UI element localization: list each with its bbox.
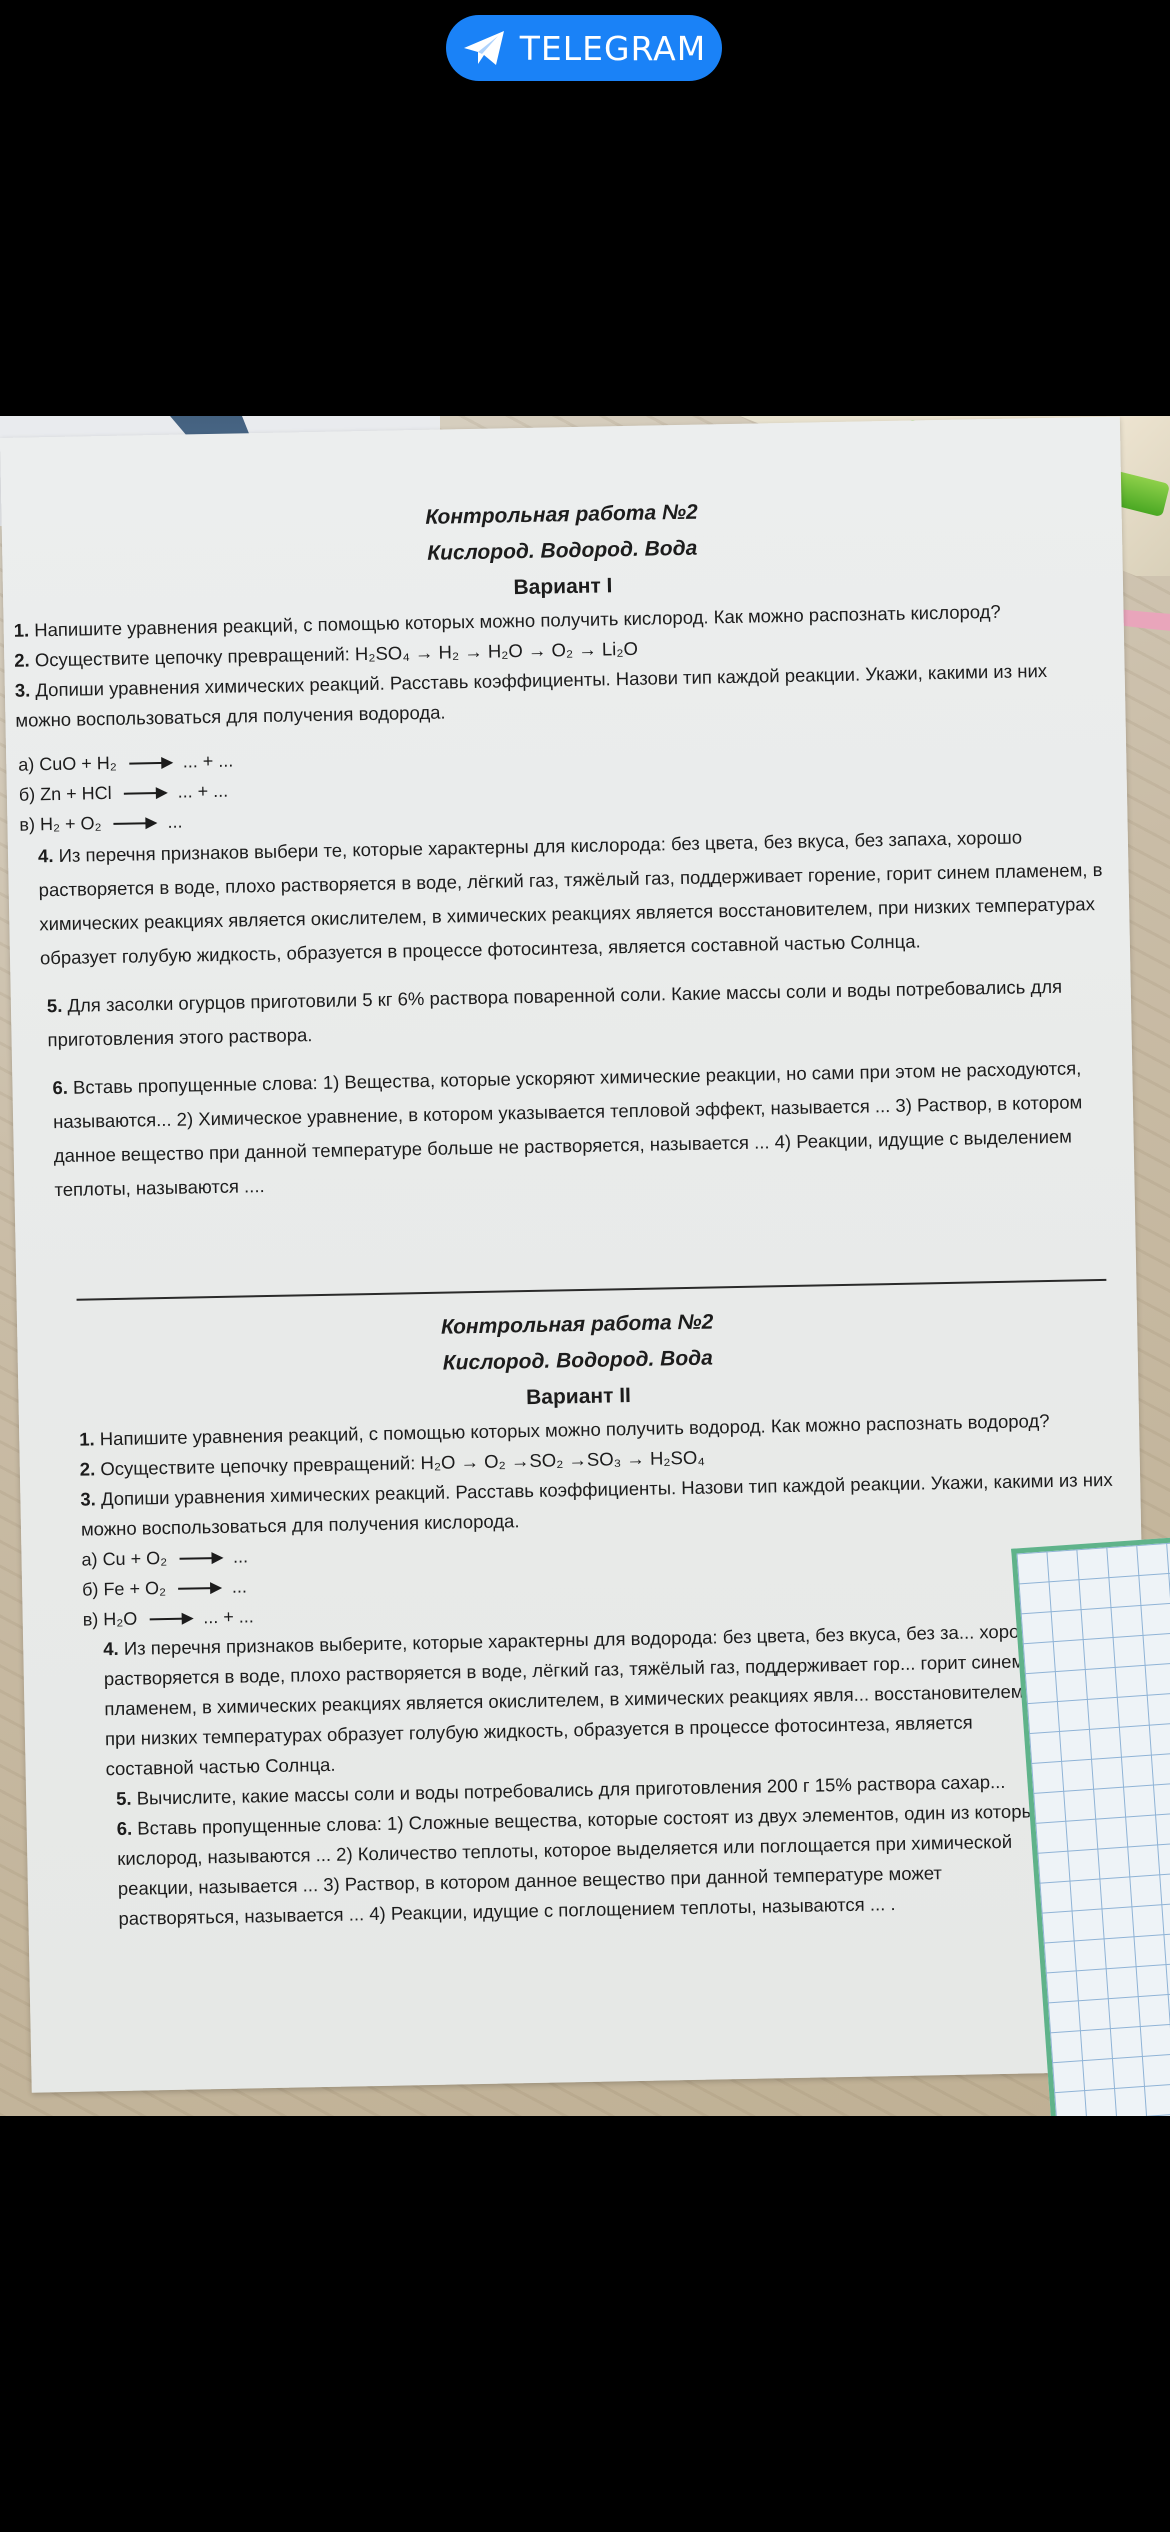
arrow-icon (113, 822, 155, 825)
section-divider (77, 1279, 1107, 1301)
variant-1-section: Контрольная работа №2 Кислород. Водород.… (1, 486, 1134, 1207)
arrow-icon (178, 1587, 220, 1590)
arrow-icon (179, 1557, 221, 1560)
telegram-button[interactable]: TELEGRAM (446, 15, 722, 81)
test-paper: Контрольная работа №2 Кислород. Водород.… (0, 416, 1152, 2092)
paper-plane-icon (462, 28, 506, 68)
question-6: 6. Вставь пропущенные слова: 1) Сложные … (26, 1794, 1148, 1935)
arrow-icon (149, 1618, 191, 1621)
variant-2-section: Контрольная работа №2 Кислород. Водород.… (17, 1296, 1149, 1935)
question-6: 6. Вставь пропущенные слова: 1) Вещества… (12, 1050, 1134, 1207)
arrow-icon (129, 762, 171, 765)
arrow-icon (124, 792, 166, 795)
question-4: 4. Из перечня признаков выбери те, котор… (8, 818, 1130, 975)
photo-viewer[interactable]: Контрольная работа №2 Кислород. Водород.… (0, 416, 1170, 2116)
question-4: 4. Из перечня признаков выберите, которы… (23, 1614, 1146, 1785)
telegram-button-label: TELEGRAM (520, 29, 706, 68)
